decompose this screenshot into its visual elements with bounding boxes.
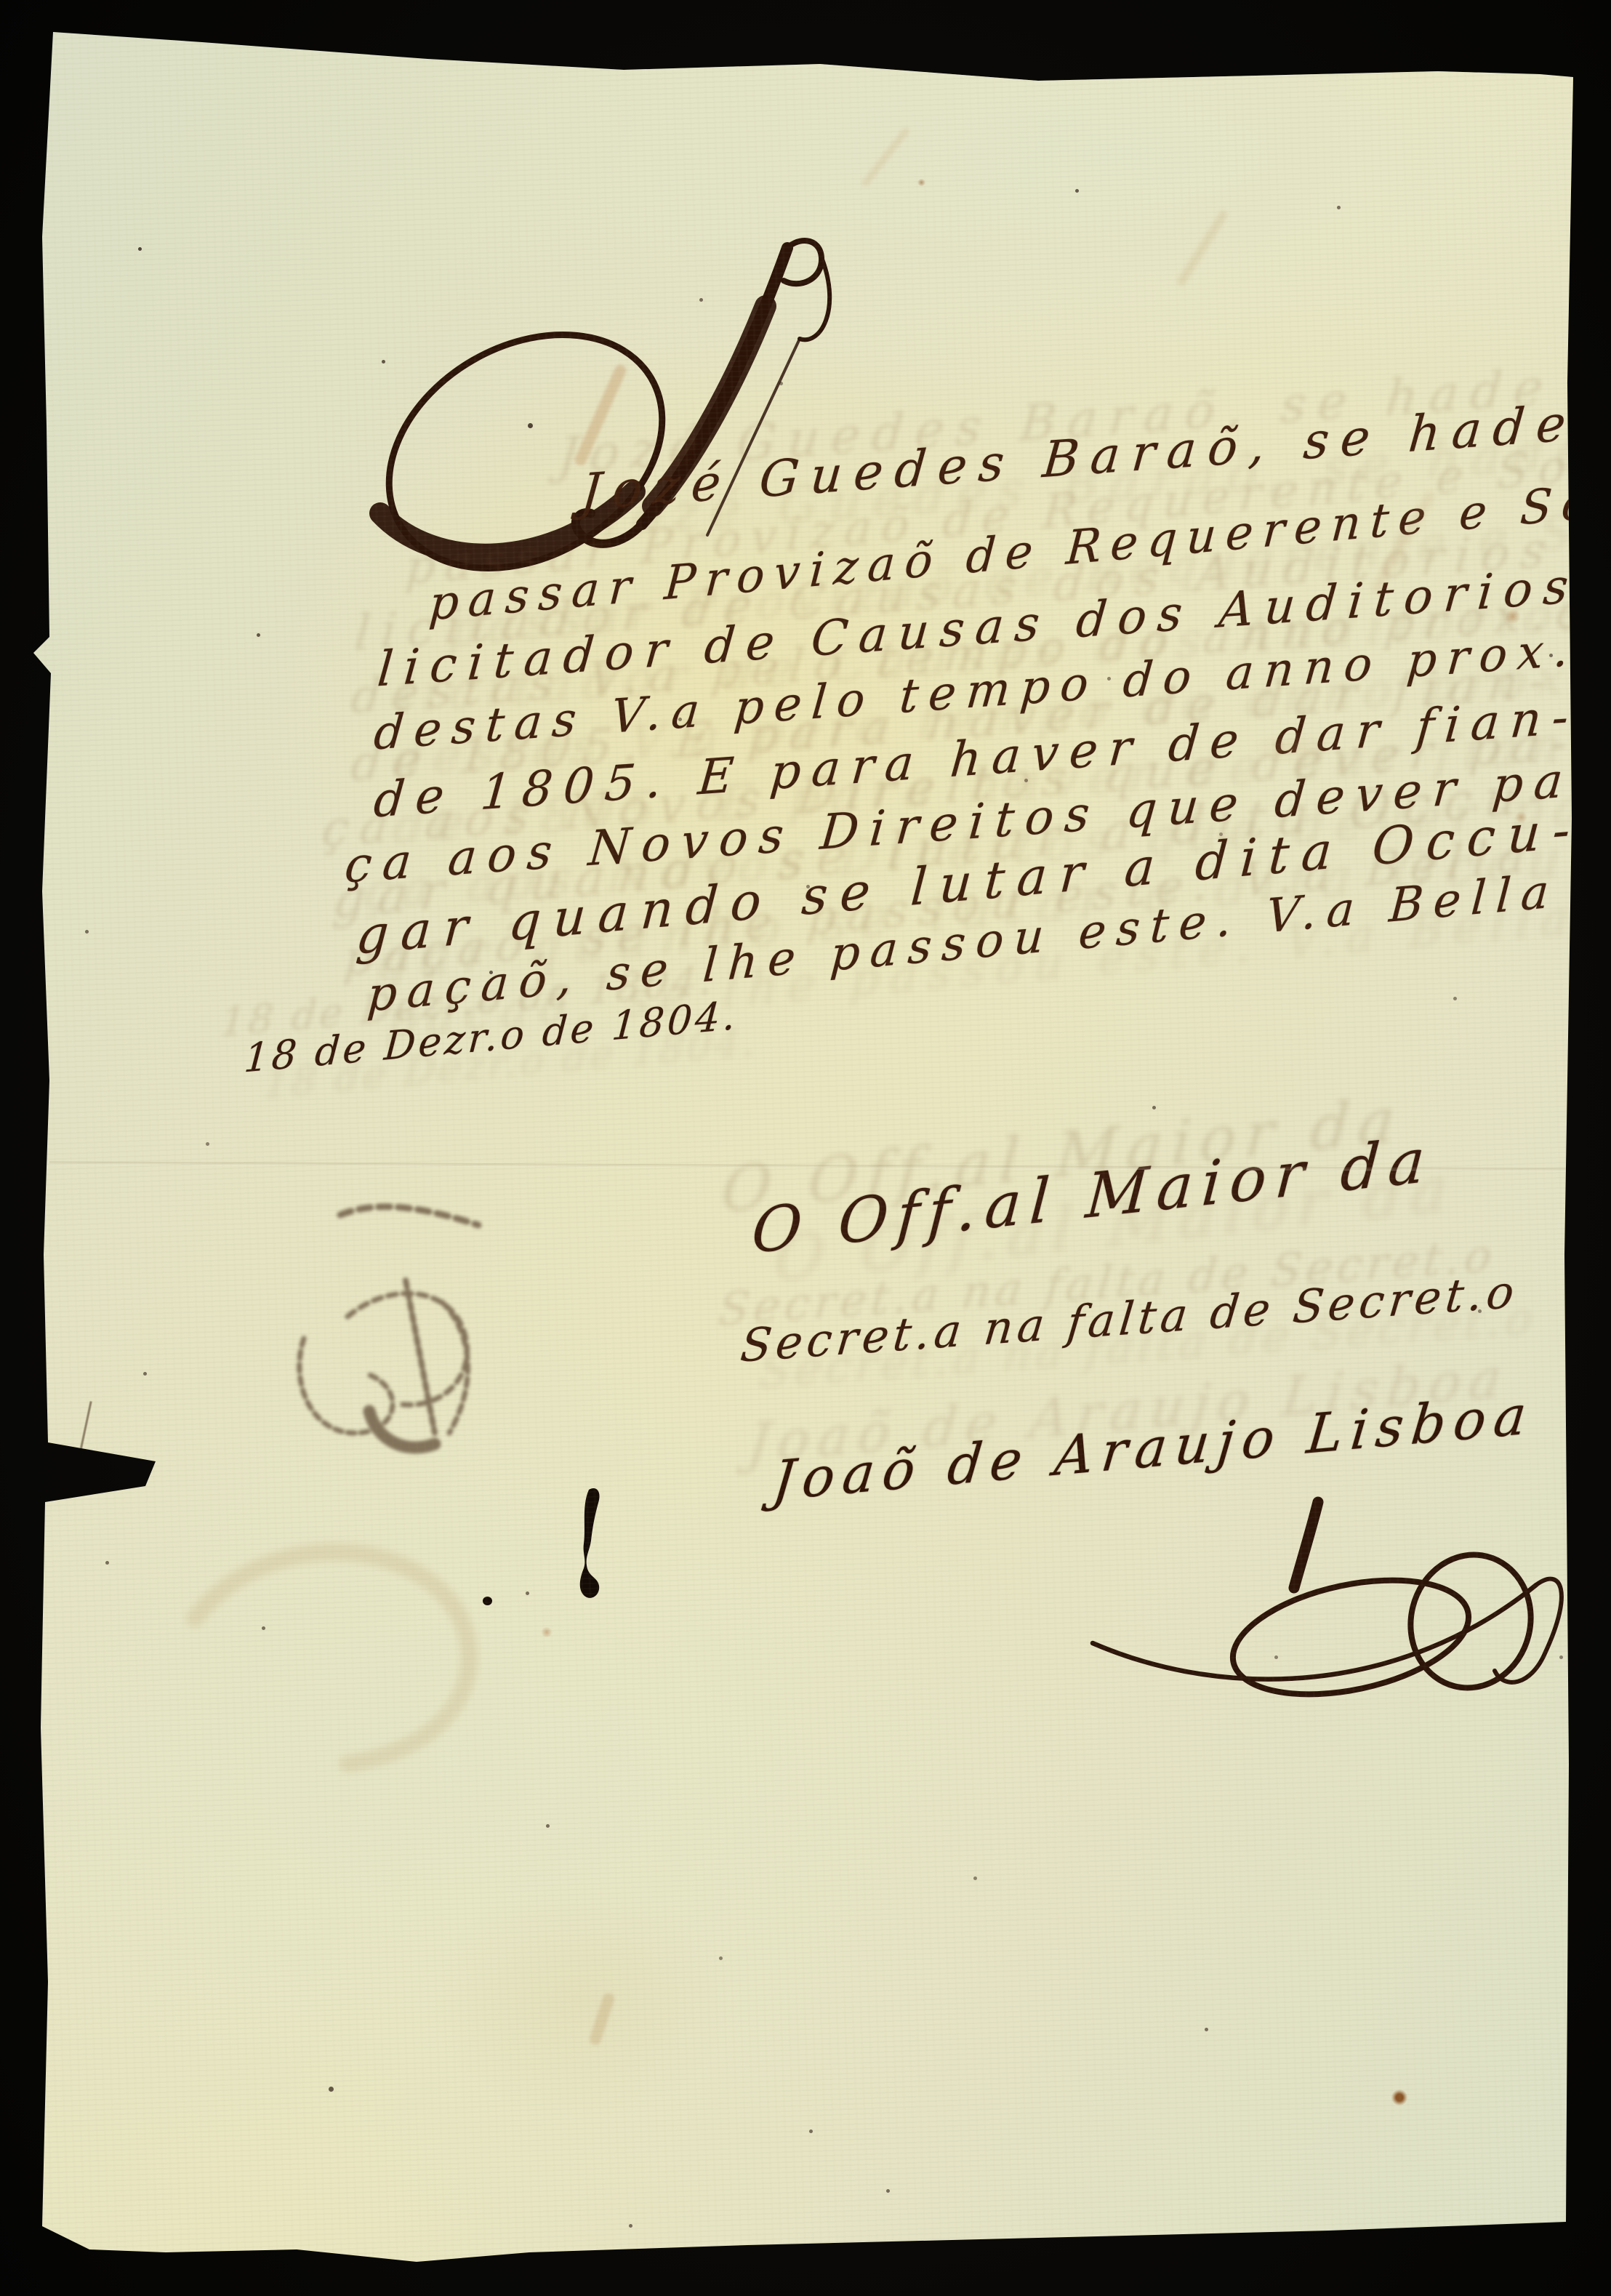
ink-transfer-smudge [260,1193,500,1477]
paper-speckles [20,19,23,21]
stain [427,1880,733,2120]
closing-role-line-1: O Off.al Maior da [750,1124,1436,1268]
photo-background: Jozé Guedes Baraõ, se hade passar Proviz… [0,0,1611,2296]
ink-blot [574,1484,606,1604]
stain [917,179,925,186]
signature-flourish-icon [1060,1499,1583,1703]
stain [860,127,910,188]
stain [541,1627,553,1637]
closing-role-line-2: Secret.a na falta de Secret.o [738,1264,1521,1372]
stain [1391,2090,1407,2106]
stain [1176,209,1229,287]
manuscript-paper: Jozé Guedes Baraõ, se hade passar Proviz… [20,19,1578,2263]
decorative-initial-letter-icon [311,222,864,586]
edge-tear-crack [70,1401,92,1496]
stain [588,1991,616,2046]
faded-bleedthrough-swirl [144,1502,507,1793]
ink-dot [483,1597,492,1605]
signature-name: Joaõ de Araujo Lisboa [770,1383,1538,1513]
